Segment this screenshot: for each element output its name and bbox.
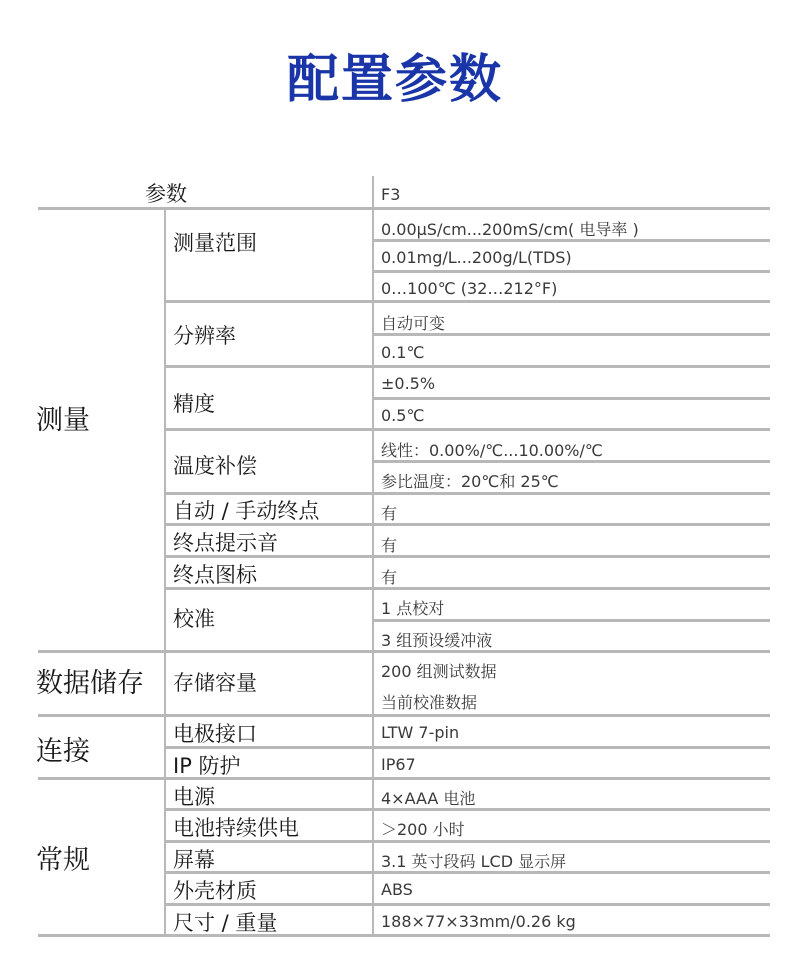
- column-divider-left: [164, 209, 166, 936]
- param-resolution: 分辨率: [173, 320, 236, 350]
- param-battery-life: 电池持续供电: [173, 812, 299, 842]
- header-model-label: F3: [381, 185, 400, 204]
- value-ip-rating: IP67: [381, 755, 416, 774]
- param-endpoint-mode: 自动 / 手动终点: [173, 495, 319, 525]
- value-range-temperature: 0…100℃ (32…212°F): [381, 279, 557, 298]
- category-general: 常规: [36, 838, 90, 877]
- value-housing-material: ABS: [381, 880, 413, 899]
- value-calibration-points: 1 点校对: [381, 596, 444, 619]
- value-accuracy-temp: 0.5℃: [381, 406, 424, 425]
- value-electrode-interface: LTW 7-pin: [381, 723, 459, 742]
- row-divider: [38, 207, 770, 210]
- row-divider: [38, 934, 770, 937]
- value-resolution-temp: 0.1℃: [381, 343, 424, 362]
- category-data-storage: 数据储存: [36, 661, 144, 700]
- value-range-conductivity: 0.00μS/cm...200mS/cm( 电导率 ): [381, 217, 639, 240]
- value-temp-comp-reference: 参比温度：20℃和 25℃: [381, 469, 559, 492]
- param-size-weight: 尺寸 / 重量: [173, 907, 277, 937]
- value-divider: [372, 619, 770, 622]
- value-accuracy-pct: ±0.5%: [381, 374, 435, 393]
- param-calibration: 校准: [173, 603, 215, 633]
- param-electrode-interface: 电极接口: [173, 718, 257, 748]
- param-accuracy: 精度: [173, 388, 215, 418]
- row-divider: [164, 428, 770, 431]
- value-resolution-auto: 自动可变: [381, 311, 445, 334]
- row-divider: [38, 714, 770, 717]
- header-param-label: 参数: [145, 178, 187, 208]
- value-battery-life: ＞200 小时: [381, 817, 465, 840]
- param-measurement-range: 测量范围: [173, 227, 257, 257]
- value-endpoint-icon: 有: [381, 565, 397, 588]
- value-range-tds: 0.01mg/L...200g/L(TDS): [381, 248, 572, 267]
- value-divider: [372, 397, 770, 400]
- category-connection: 连接: [36, 729, 90, 768]
- value-size-weight: 188×77×33mm/0.26 kg: [381, 912, 576, 931]
- value-temp-comp-linear: 线性：0.00%/℃...10.00%/℃: [381, 438, 603, 461]
- param-temp-compensation: 温度补偿: [173, 450, 257, 480]
- value-divider: [372, 270, 770, 273]
- row-divider: [164, 365, 770, 368]
- category-measurement: 测量: [36, 398, 90, 437]
- param-screen: 屏幕: [173, 844, 215, 874]
- param-storage-capacity: 存储容量: [173, 667, 257, 697]
- value-endpoint-mode: 有: [381, 501, 397, 524]
- param-endpoint-icon: 终点图标: [173, 559, 257, 589]
- row-divider: [38, 777, 770, 780]
- param-housing-material: 外壳材质: [173, 875, 257, 905]
- page-title: 配置参数: [0, 48, 790, 112]
- param-ip-rating: IP 防护: [173, 750, 241, 780]
- value-storage-tests: 200 组测试数据: [381, 659, 497, 682]
- row-divider: [164, 300, 770, 303]
- value-power: 4×AAA 电池: [381, 786, 475, 809]
- value-calibration-buffers: 3 组预设缓冲液: [381, 628, 492, 651]
- value-screen: 3.1 英寸段码 LCD 显示屏: [381, 849, 566, 872]
- value-endpoint-beep: 有: [381, 533, 397, 556]
- param-power: 电源: [173, 781, 215, 811]
- value-storage-calibration: 当前校准数据: [381, 690, 477, 713]
- param-endpoint-beep: 终点提示音: [173, 527, 278, 557]
